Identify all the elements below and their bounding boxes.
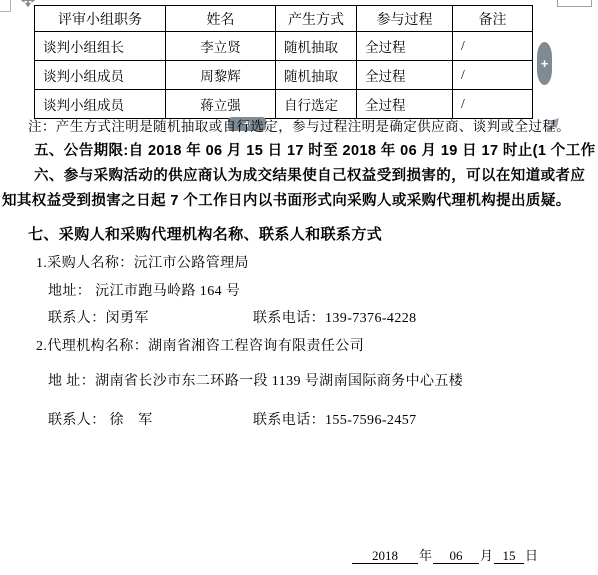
col-header-name: 姓名 — [166, 6, 276, 32]
corner-bracket-icon — [557, 0, 592, 7]
section-six-line1: 六、参与采购活动的供应商认为成交结果使自己权益受到损害的，可以在知道或者应 — [34, 168, 585, 184]
agency-name-line: 2.代理机构名称：湖南省湘咨工程咨询有限责任公司 — [36, 339, 364, 355]
date-year-value: 2018 — [352, 548, 418, 564]
table-row: 谈判小组成员 蒋立强 自行选定 全过程 / — [35, 90, 533, 119]
agency-phone-label: 联系电话：155-7596-2457 — [253, 413, 417, 429]
cell-method: 随机抽取 — [276, 61, 357, 90]
agency-contact-label: 联系人： 徐 军 — [48, 413, 153, 429]
date-year-label: 年 — [418, 545, 433, 564]
cell-method: 随机抽取 — [276, 32, 357, 61]
col-header-remark: 备注 — [453, 6, 533, 32]
purchaser-name-line: 1.采购人名称：沅江市公路管理局 — [36, 256, 249, 272]
cell-process: 全过程 — [357, 32, 453, 61]
col-header-method: 产生方式 — [276, 6, 357, 32]
cell-remark: / — [453, 32, 533, 61]
cell-process: 全过程 — [357, 90, 453, 119]
document-page: 评审小组职务 姓名 产生方式 参与过程 备注 谈判小组组长 李立贤 随机抽取 全… — [0, 0, 598, 575]
section-five-line: 五、公告期限:自 2018 年 06 月 15 日 17 时至 2018 年 0… — [34, 143, 598, 159]
date-day-label: 日 — [524, 545, 539, 564]
date-month-label: 月 — [479, 545, 494, 564]
col-header-position: 评审小组职务 — [35, 6, 166, 32]
purchaser-contact-label: 联系人：闵勇军 — [48, 311, 149, 327]
date-day-value: 15 — [494, 548, 524, 564]
section-six-line2: 知其权益受到损害之日起 7 个工作日内以书面形式向采购人或采购代理机构提出质疑。 — [2, 193, 571, 209]
insert-column-button[interactable]: + — [537, 42, 552, 85]
signature-date-line: 2018年06月15日 — [352, 545, 539, 564]
agency-address-line: 地 址：湖南省长沙市东二环路一段 1139 号湖南国际商务中心五楼 — [48, 374, 463, 390]
table-note-line: 注：产生方式注明是随机抽取或自行选定，参与过程注明是确定供应商、谈判或全过程。 — [28, 119, 570, 135]
cell-remark: / — [453, 61, 533, 90]
cell-position: 谈判小组成员 — [35, 90, 166, 119]
section-seven-heading: 七、采购人和采购代理机构名称、联系人和联系方式 — [28, 227, 382, 243]
cell-process: 全过程 — [357, 61, 453, 90]
review-team-table: 评审小组职务 姓名 产生方式 参与过程 备注 谈判小组组长 李立贤 随机抽取 全… — [34, 5, 533, 119]
date-month-value: 06 — [433, 548, 479, 564]
cell-name: 蒋立强 — [166, 90, 276, 119]
table-row: 谈判小组成员 周黎辉 随机抽取 全过程 / — [35, 61, 533, 90]
plus-icon: + — [541, 56, 549, 71]
cell-position: 谈判小组成员 — [35, 61, 166, 90]
cell-remark: / — [453, 90, 533, 119]
cell-name: 李立贤 — [166, 32, 276, 61]
cell-method: 自行选定 — [276, 90, 357, 119]
table-row: 谈判小组组长 李立贤 随机抽取 全过程 / — [35, 32, 533, 61]
purchaser-phone-label: 联系电话：139-7376-4228 — [253, 311, 417, 327]
purchaser-address-line: 地址： 沅江市跑马岭路 164 号 — [48, 284, 240, 300]
col-header-process: 参与过程 — [357, 6, 453, 32]
anchor-box-icon — [0, 0, 11, 12]
cell-name: 周黎辉 — [166, 61, 276, 90]
table-header-row: 评审小组职务 姓名 产生方式 参与过程 备注 — [35, 6, 533, 32]
cell-position: 谈判小组组长 — [35, 32, 166, 61]
